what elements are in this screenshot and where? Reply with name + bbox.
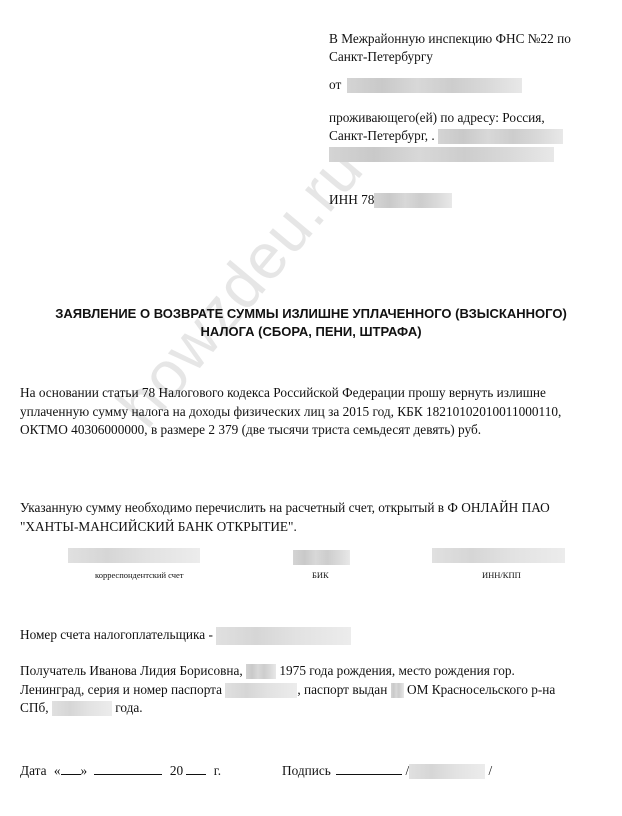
month-field[interactable] xyxy=(94,762,162,775)
title-line-1: ЗАЯВЛЕНИЕ О ВОЗВРАТЕ СУММЫ ИЗЛИШНЕ УПЛАЧ… xyxy=(0,305,622,323)
paragraph-line: Указанную сумму необходимо перечислить н… xyxy=(20,499,550,518)
bik-label: БИК xyxy=(312,570,329,580)
redacted-birth-date xyxy=(246,664,276,679)
passport-issued-label: , паспорт выдан xyxy=(297,682,387,697)
residence-block: проживающего(ей) по адресу: Россия, Санк… xyxy=(329,109,563,163)
signature-label: Подпись xyxy=(282,763,331,778)
year-field[interactable] xyxy=(186,762,206,775)
taxpayer-account-line: Номер счета налогоплательщика - xyxy=(20,627,351,645)
birth-info: 1975 года рождения, место рождения гор. xyxy=(279,663,515,678)
residence-line-2: Санкт-Петербург, . xyxy=(329,128,435,143)
quote-open: « xyxy=(54,763,61,778)
year-suffix: года. xyxy=(115,700,142,715)
redacted-address-1 xyxy=(438,129,563,144)
year-suffix: г. xyxy=(214,763,221,778)
redacted-inn xyxy=(374,193,452,208)
title-line-2: НАЛОГА (СБОРА, ПЕНИ, ШТРАФА) xyxy=(0,323,622,341)
corr-account-label: корреспондентский счет xyxy=(95,570,184,580)
redacted-bik xyxy=(293,550,350,565)
redacted-signer-name xyxy=(409,764,485,779)
from-label: от xyxy=(329,77,341,92)
redacted-address-2 xyxy=(329,147,554,162)
bank-account-paragraph: Указанную сумму необходимо перечислить н… xyxy=(20,499,550,536)
quote-close: » xyxy=(81,763,88,778)
paragraph-line: ОКТМО 40306000000, в размере 2 379 (две … xyxy=(20,421,561,440)
passport-label: Ленинград, серия и номер паспорта xyxy=(20,682,222,697)
paragraph-line: На основании статьи 78 Налогового кодекс… xyxy=(20,384,561,403)
slash-close: / xyxy=(489,763,493,778)
date-line: Дата «» 20 г. xyxy=(20,762,221,779)
inn-line: ИНН 78 xyxy=(329,192,452,208)
redacted-inn-kpp xyxy=(432,548,565,563)
from-line: от xyxy=(329,77,522,93)
inn-kpp-label: ИНН/КПП xyxy=(482,570,521,580)
year-prefix: 20 xyxy=(170,763,183,778)
addressee-line-1: В Межрайонную инспекцию ФНС №22 по xyxy=(329,30,571,48)
redacted-issuer-number xyxy=(391,683,404,698)
redacted-corr-account xyxy=(68,548,200,563)
recipient-name: Получатель Иванова Лидия Борисовна, xyxy=(20,663,243,678)
recipient-block: Получатель Иванова Лидия Борисовна, 1975… xyxy=(20,662,555,718)
date-label: Дата xyxy=(20,763,47,778)
residence-line-1: проживающего(ей) по адресу: Россия, xyxy=(329,109,563,127)
inn-label: ИНН 78 xyxy=(329,192,374,207)
passport-issuer: ОМ Красносельского р-на xyxy=(407,682,555,697)
paragraph-line: уплаченную сумму налога на доходы физиче… xyxy=(20,403,561,422)
addressee-line-2: Санкт-Петербургу xyxy=(329,48,571,66)
document-title: ЗАЯВЛЕНИЕ О ВОЗВРАТЕ СУММЫ ИЗЛИШНЕ УПЛАЧ… xyxy=(0,305,622,341)
day-field[interactable] xyxy=(61,762,81,775)
refund-request-paragraph: На основании статьи 78 Налогового кодекс… xyxy=(20,384,561,440)
addressee-block: В Межрайонную инспекцию ФНС №22 по Санкт… xyxy=(329,30,571,66)
signature-field[interactable] xyxy=(336,762,402,775)
paragraph-line: "ХАНТЫ-МАНСИЙСКИЙ БАНК ОТКРЫТИЕ". xyxy=(20,518,550,537)
redacted-name xyxy=(347,78,522,93)
redacted-passport-number xyxy=(225,683,297,698)
city-label: СПб, xyxy=(20,700,49,715)
signature-line: Подпись / / xyxy=(282,762,492,779)
redacted-taxpayer-account xyxy=(216,627,351,645)
taxpayer-account-label: Номер счета налогоплательщика - xyxy=(20,627,213,642)
redacted-issue-date xyxy=(52,701,112,716)
